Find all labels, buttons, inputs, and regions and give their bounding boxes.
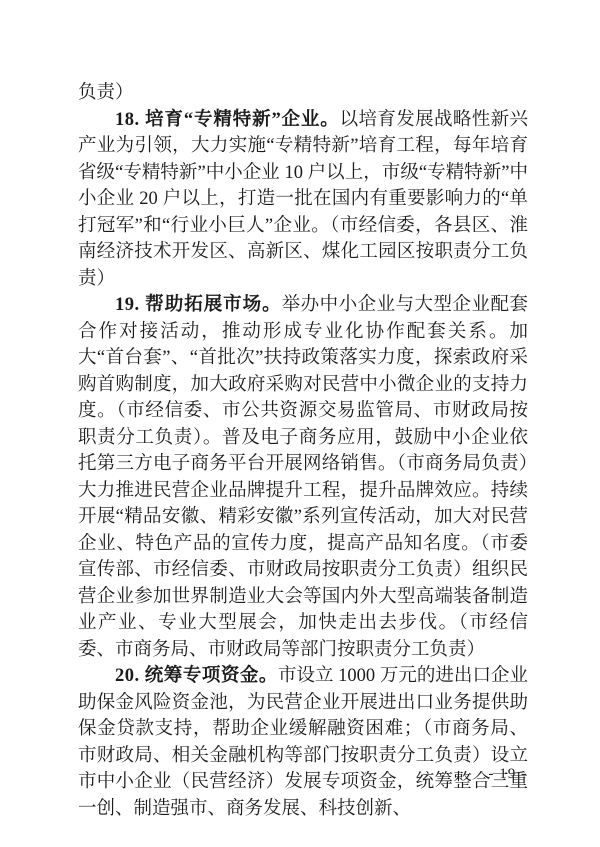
paragraph: 18. 培育“专精特新”企业。以培育发展战略性新兴产业为引领，大力实施“专精特新… bbox=[78, 107, 528, 293]
paragraph: 负责） bbox=[78, 80, 528, 107]
page-number: - 19 - bbox=[0, 764, 527, 784]
paragraph-heading-run: 18. 培育“专精特新”企业。 bbox=[115, 110, 340, 130]
paragraph-text-run: 以培育发展战略性新兴产业为引领，大力实施“专精特新”培育工程，每年培育省级“专精… bbox=[78, 110, 528, 289]
paragraph-text-run: 负责） bbox=[78, 83, 134, 103]
paragraph-text-run: 市设立 1000 万元的进出口企业助保金风险资金池，为民营企业开展进出口业务提供… bbox=[78, 666, 528, 819]
paragraph: 19. 帮助拓展市场。举办中小企业与大型企业配套合作对接活动，推动形成专业化协作… bbox=[78, 292, 528, 663]
document-page: 负责）18. 培育“专精特新”企业。以培育发展战略性新兴产业为引领，大力实施“专… bbox=[0, 0, 600, 847]
document-body: 负责）18. 培育“专精特新”企业。以培育发展战略性新兴产业为引领，大力实施“专… bbox=[78, 80, 528, 822]
paragraph-heading-run: 19. 帮助拓展市场。 bbox=[115, 295, 282, 315]
paragraph: 20. 统筹专项资金。市设立 1000 万元的进出口企业助保金风险资金池，为民营… bbox=[78, 663, 528, 822]
paragraph-text-run: 举办中小企业与大型企业配套合作对接活动，推动形成专业化协作配套关系。加大“首台套… bbox=[78, 295, 528, 660]
paragraph-heading-run: 20. 统筹专项资金。 bbox=[115, 666, 278, 686]
